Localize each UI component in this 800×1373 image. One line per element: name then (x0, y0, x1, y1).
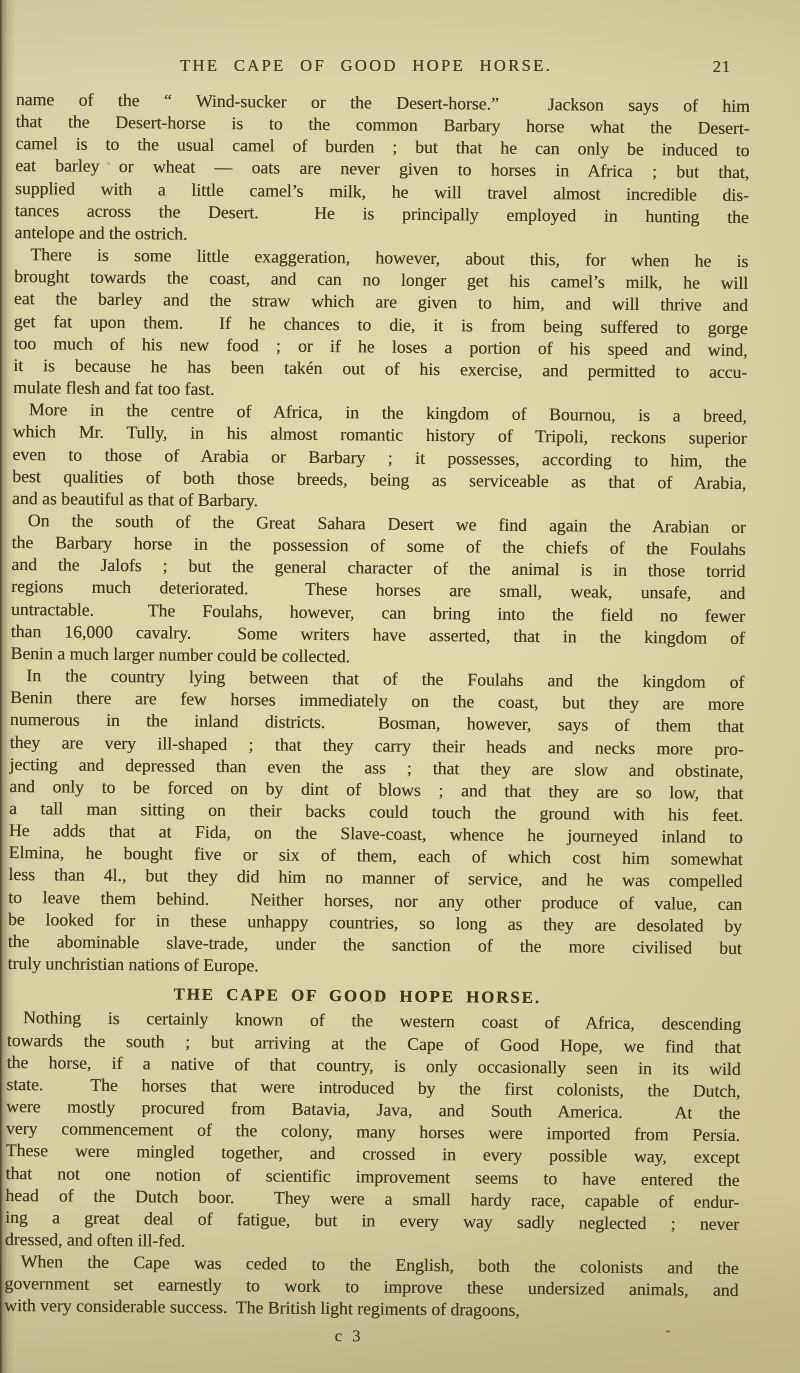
stain-speck (666, 1330, 670, 1333)
signature-mark: c 3 (4, 1322, 694, 1351)
paragraph: More in the centre of Africa, in the kin… (12, 398, 747, 516)
paragraph: When the Cape was ceded to the English, … (4, 1250, 739, 1324)
page-header: THE CAPE OF GOOD HOPE HORSE. 21 (16, 56, 750, 76)
stain-speck (370, 1000, 372, 1004)
running-head: THE CAPE OF GOOD HOPE HORSE. (16, 56, 716, 76)
paragraph: name of the “ Wind-sucker or the Desert-… (15, 88, 750, 250)
stain-speck (107, 162, 110, 165)
text-block: name of the “ Wind-sucker or the Desert-… (4, 88, 750, 1351)
paragraph: There is some little exaggeration, howev… (13, 243, 748, 405)
book-page: THE CAPE OF GOOD HOPE HORSE. 21 name of … (0, 0, 800, 1373)
paragraph: Nothing is certainly known of the wester… (5, 1006, 741, 1257)
paragraph: On the south of the Great Sahara Desert … (10, 509, 745, 671)
paragraph: In the country lying between that of the… (7, 664, 744, 981)
page-number: 21 (713, 57, 732, 77)
